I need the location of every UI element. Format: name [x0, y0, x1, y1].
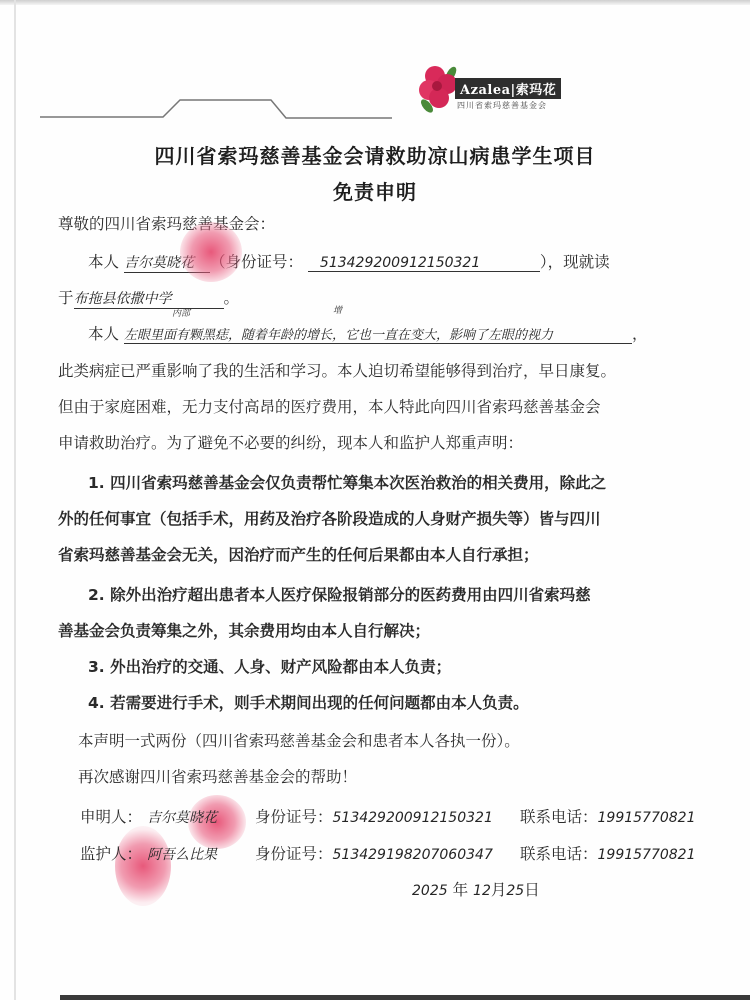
guardian-id-label: 身份证号： [255, 845, 333, 863]
logo-org-name: 四川省索玛慈善基金会 [457, 100, 547, 111]
clause-4-line-1: 4. 若需要进行手术，则手术期间出现的任何问题都由本人负责。 [88, 691, 529, 713]
applicant-id-field: 513429200912150321 [308, 255, 540, 272]
applicant-phone-value: 19915770821 [598, 810, 696, 826]
applicant-id-label: 身份证号： [255, 808, 333, 826]
date-year-label: 年 [453, 881, 469, 899]
school-line: 于布拖县依撒中学。 [58, 286, 239, 309]
clause-2-line-2: 善基金会负责筹集之外，其余费用均由本人自行解决； [58, 619, 430, 641]
handwritten-insert-1: 内部 [172, 306, 190, 319]
salutation: 尊敬的四川省索玛慈善基金会： [58, 212, 275, 234]
document-subtitle: 免责申明 [0, 176, 750, 205]
guardian-id-row: 身份证号：513429198207060347 [255, 842, 493, 864]
clause-1-line-2: 外的任何事宜（包括手术，用药及治疗各阶段造成的人身财产损失等）皆与四川 [58, 507, 601, 529]
clause-2-line-1: 2. 除外出治疗超出患者本人医疗保险报销部分的医药费用由四川省索玛慈 [88, 583, 591, 605]
paragraph-line-2: 但由于家庭困难，无力支付高昂的医疗费用，本人特此向四川省索玛慈善基金会 [58, 395, 601, 417]
intro-suffix: ），现就读 [540, 253, 610, 271]
logo-brand-box: Azalea|索玛花 [455, 78, 561, 99]
school-prefix: 于 [58, 289, 74, 307]
applicant-id-row: 身份证号：513429200912150321 [255, 805, 493, 827]
clause-1-number: 1. [88, 474, 105, 492]
date-year: 2025 [412, 883, 448, 899]
school-suffix: 。 [224, 289, 240, 307]
applicant-phone-row: 联系电话：19915770821 [520, 805, 696, 827]
signature-row-guardian: 监护人： 阿吾么比果 [80, 842, 257, 864]
applicant-id-value: 513429200912150321 [333, 810, 493, 826]
clause-4-text: 若需要进行手术，则手术期间出现的任何问题都由本人负责。 [110, 694, 529, 712]
date-month: 12 [473, 883, 491, 899]
guardian-phone-row: 联系电话：19915770821 [520, 842, 696, 864]
foundation-logo: Azalea|索玛花 四川省索玛慈善基金会 [415, 62, 595, 118]
signature-row-applicant: 申明人： 吉尔莫晓花 [80, 805, 257, 827]
logo-brand-en: Azalea [460, 83, 511, 98]
closing-line-1: 本声明一式两份（四川省索玛慈善基金会和患者本人各执一份）。 [78, 729, 520, 751]
clause-4-number: 4. [88, 694, 105, 712]
fingerprint-stamp-guardian [115, 826, 171, 906]
condition-prefix: 本人 [88, 325, 119, 343]
guardian-phone-label: 联系电话： [520, 845, 598, 863]
document-title: 四川省索玛慈善基金会请救助凉山病患学生项目 [0, 140, 750, 169]
paragraph-line-3: 申请救助治疗。为了避免不必要的纠纷，现本人和监护人郑重声明： [58, 431, 523, 453]
applicant-phone-label: 联系电话： [520, 808, 598, 826]
intro-prefix: 本人 [88, 253, 119, 271]
header-divider-line [0, 0, 750, 140]
logo-brand-cn: 索玛花 [516, 83, 557, 98]
closing-line-2: 再次感谢四川省索玛慈善基金会的帮助！ [78, 765, 357, 787]
condition-suffix: ， [632, 325, 648, 343]
clause-1-text: 四川省索玛慈善基金会仅负责帮忙筹集本次医治救治的相关费用，除此之 [110, 474, 606, 492]
scan-edge-bottom [60, 995, 750, 1000]
clause-1-line-1: 1. 四川省索玛慈善基金会仅负责帮忙筹集本次医治救治的相关费用，除此之 [88, 471, 606, 493]
condition-line: 本人 左眼里面有颗黑痣，随着年龄的增长，它也一直在变大，影响了左眼的视力， [88, 322, 647, 344]
clause-3-text: 外出治疗的交通、人身、财产风险都由本人负责； [110, 658, 451, 676]
date-month-label: 月 [491, 881, 507, 899]
date-day-label: 日 [524, 881, 540, 899]
guardian-signature: 阿吾么比果 [147, 844, 257, 864]
condition-field: 左眼里面有颗黑痣，随着年龄的增长，它也一直在变大，影响了左眼的视力 [124, 324, 632, 344]
guardian-phone-value: 19915770821 [598, 847, 696, 863]
applicant-role-label: 申明人： [80, 808, 142, 826]
paragraph-line-1: 此类病症已严重影响了我的生活和学习。本人迫切希望能够得到治疗，早日康复。 [58, 359, 616, 381]
clause-3-number: 3. [88, 658, 105, 676]
intro-line: 本人 吉尔莫晓花（身份证号： 513429200912150321），现就读 [88, 250, 610, 273]
guardian-id-value: 513429198207060347 [333, 847, 493, 863]
clause-2-text: 除外出治疗超出患者本人医疗保险报销部分的医药费用由四川省索玛慈 [110, 586, 591, 604]
guardian-role-label: 监护人： [80, 845, 142, 863]
handwritten-insert-2: 增 [333, 303, 342, 316]
document-page: Azalea|索玛花 四川省索玛慈善基金会 四川省索玛慈善基金会请救助凉山病患学… [0, 0, 750, 1000]
clause-1-line-3: 省索玛慈善基金会无关，因治疗而产生的任何后果都由本人自行承担； [58, 543, 539, 565]
clause-2-number: 2. [88, 586, 105, 604]
applicant-signature: 吉尔莫晓花 [147, 807, 257, 827]
school-field: 布拖县依撒中学 [74, 288, 224, 309]
signature-date: 2025 年 12月25日 [412, 878, 540, 900]
clause-3-line-1: 3. 外出治疗的交通、人身、财产风险都由本人负责； [88, 655, 451, 677]
date-day: 25 [506, 883, 524, 899]
fingerprint-stamp-intro [180, 222, 242, 282]
